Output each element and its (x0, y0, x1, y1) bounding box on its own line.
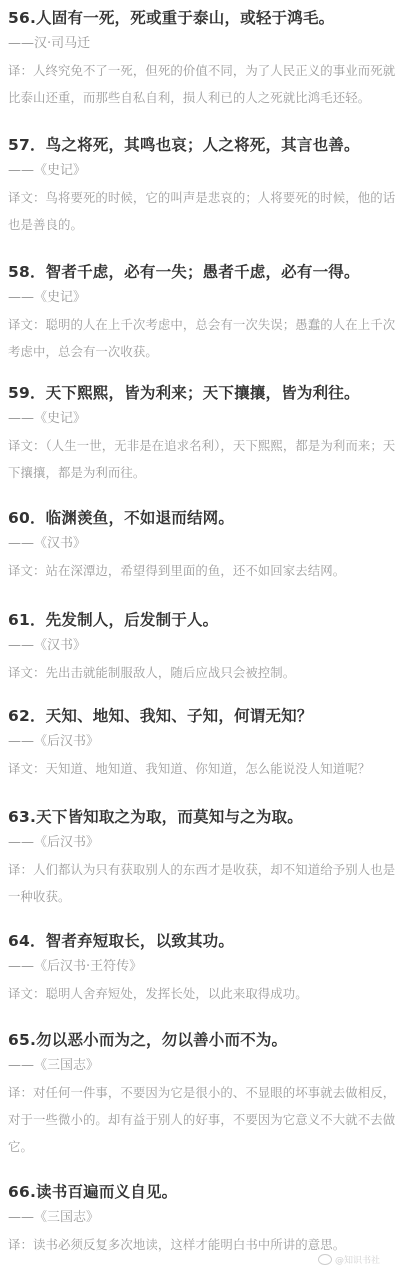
quote-entry-56: 56.人固有一死，死或重于泰山，或轻于鸿毛。 ——汉·司马迁 译：人终究免不了一… (8, 8, 396, 111)
quote-source: ——《史记》 (8, 288, 396, 308)
quote-source: ——《史记》 (8, 161, 396, 181)
quote-title: 64．智者弃短取长，以致其功。 (8, 931, 396, 951)
quotes-page: 56.人固有一死，死或重于泰山，或轻于鸿毛。 ——汉·司马迁 译：人终究免不了一… (0, 0, 400, 1273)
quote-source: ——《三国志》 (8, 1208, 396, 1228)
watermark: @知识书社 (318, 1252, 380, 1266)
quote-title: 62．天知、地知、我知、子知，何谓无知？ (8, 706, 396, 726)
quote-translation: 译文：先出击就能制服敌人，随后应战只会被控制。 (8, 659, 396, 686)
quote-translation: 译：人终究免不了一死，但死的价值不同，为了人民正义的事业而死就比泰山还重，而那些… (8, 57, 396, 111)
quote-source: ——《后汉书》 (8, 833, 396, 853)
quote-entry-57: 57．鸟之将死，其鸣也哀；人之将死，其言也善。 ——《史记》 译文：鸟将要死的时… (8, 135, 396, 238)
quote-title: 57．鸟之将死，其鸣也哀；人之将死，其言也善。 (8, 135, 396, 155)
quote-source: ——《三国志》 (8, 1056, 396, 1076)
quote-translation: 译：人们都认为只有获取别人的东西才是收获，却不知道给予别人也是一种收获。 (8, 856, 396, 910)
quote-translation: 译文：聪明人舍弃短处，发挥长处，以此来取得成功。 (8, 980, 396, 1007)
quote-source: ——《史记》 (8, 409, 396, 429)
quote-entry-60: 60．临渊羡鱼，不如退而结网。 ——《汉书》 译文：站在深潭边，希望得到里面的鱼… (8, 508, 396, 584)
quote-source: ——《后汉书》 (8, 732, 396, 752)
quote-entry-64: 64．智者弃短取长，以致其功。 ——《后汉书·王符传》 译文：聪明人舍弃短处，发… (8, 931, 396, 1007)
watermark-text: @知识书社 (335, 1253, 380, 1266)
quote-entry-58: 58．智者千虑，必有一失；愚者千虑，必有一得。 ——《史记》 译文：聪明的人在上… (8, 262, 396, 365)
quote-translation: 译文：天知道、地知道、我知道、你知道，怎么能说没人知道呢？ (8, 755, 396, 782)
quote-translation: 译文：（人生一世，无非是在追求名利），天下熙熙，都是为利而来；天下攘攘，都是为利… (8, 432, 396, 486)
quote-translation: 译文：站在深潭边，希望得到里面的鱼，还不如回家去结网。 (8, 557, 396, 584)
quote-entry-62: 62．天知、地知、我知、子知，何谓无知？ ——《后汉书》 译文：天知道、地知道、… (8, 706, 396, 782)
quote-source: ——《后汉书·王符传》 (8, 957, 396, 977)
quote-title: 63.天下皆知取之为取，而莫知与之为取。 (8, 807, 396, 827)
quote-translation: 译文：鸟将要死的时候，它的叫声是悲哀的；人将要死的时候，他的话也是善良的。 (8, 184, 396, 238)
quote-translation: 译：对任何一件事，不要因为它是很小的、不显眼的坏事就去做相反，对于一些微小的。却… (8, 1079, 396, 1160)
quote-entry-61: 61．先发制人，后发制于人。 ——《汉书》 译文：先出击就能制服敌人，随后应战只… (8, 610, 396, 686)
quote-entry-66: 66.读书百遍而义自见。 ——《三国志》 译：读书必须反复多次地读，这样才能明白… (8, 1182, 396, 1258)
quote-translation: 译文：聪明的人在上千次考虑中，总会有一次失误；愚蠢的人在上千次考虑中，总会有一次… (8, 311, 396, 365)
quote-source: ——汉·司马迁 (8, 34, 396, 54)
quote-entry-59: 59．天下熙熙，皆为利来；天下攘攘，皆为利往。 ——《史记》 译文：（人生一世，… (8, 383, 396, 486)
quote-entry-65: 65.勿以恶小而为之，勿以善小而不为。 ——《三国志》 译：对任何一件事，不要因… (8, 1030, 396, 1160)
quote-title: 65.勿以恶小而为之，勿以善小而不为。 (8, 1030, 396, 1050)
quote-title: 60．临渊羡鱼，不如退而结网。 (8, 508, 396, 528)
quote-title: 56.人固有一死，死或重于泰山，或轻于鸿毛。 (8, 8, 396, 28)
quote-entry-63: 63.天下皆知取之为取，而莫知与之为取。 ——《后汉书》 译：人们都认为只有获取… (8, 807, 396, 910)
quote-title: 66.读书百遍而义自见。 (8, 1182, 396, 1202)
quote-title: 59．天下熙熙，皆为利来；天下攘攘，皆为利往。 (8, 383, 396, 403)
quote-source: ——《汉书》 (8, 534, 396, 554)
quote-source: ——《汉书》 (8, 636, 396, 656)
weibo-icon (318, 1254, 332, 1265)
quote-title: 61．先发制人，后发制于人。 (8, 610, 396, 630)
quote-title: 58．智者千虑，必有一失；愚者千虑，必有一得。 (8, 262, 396, 282)
